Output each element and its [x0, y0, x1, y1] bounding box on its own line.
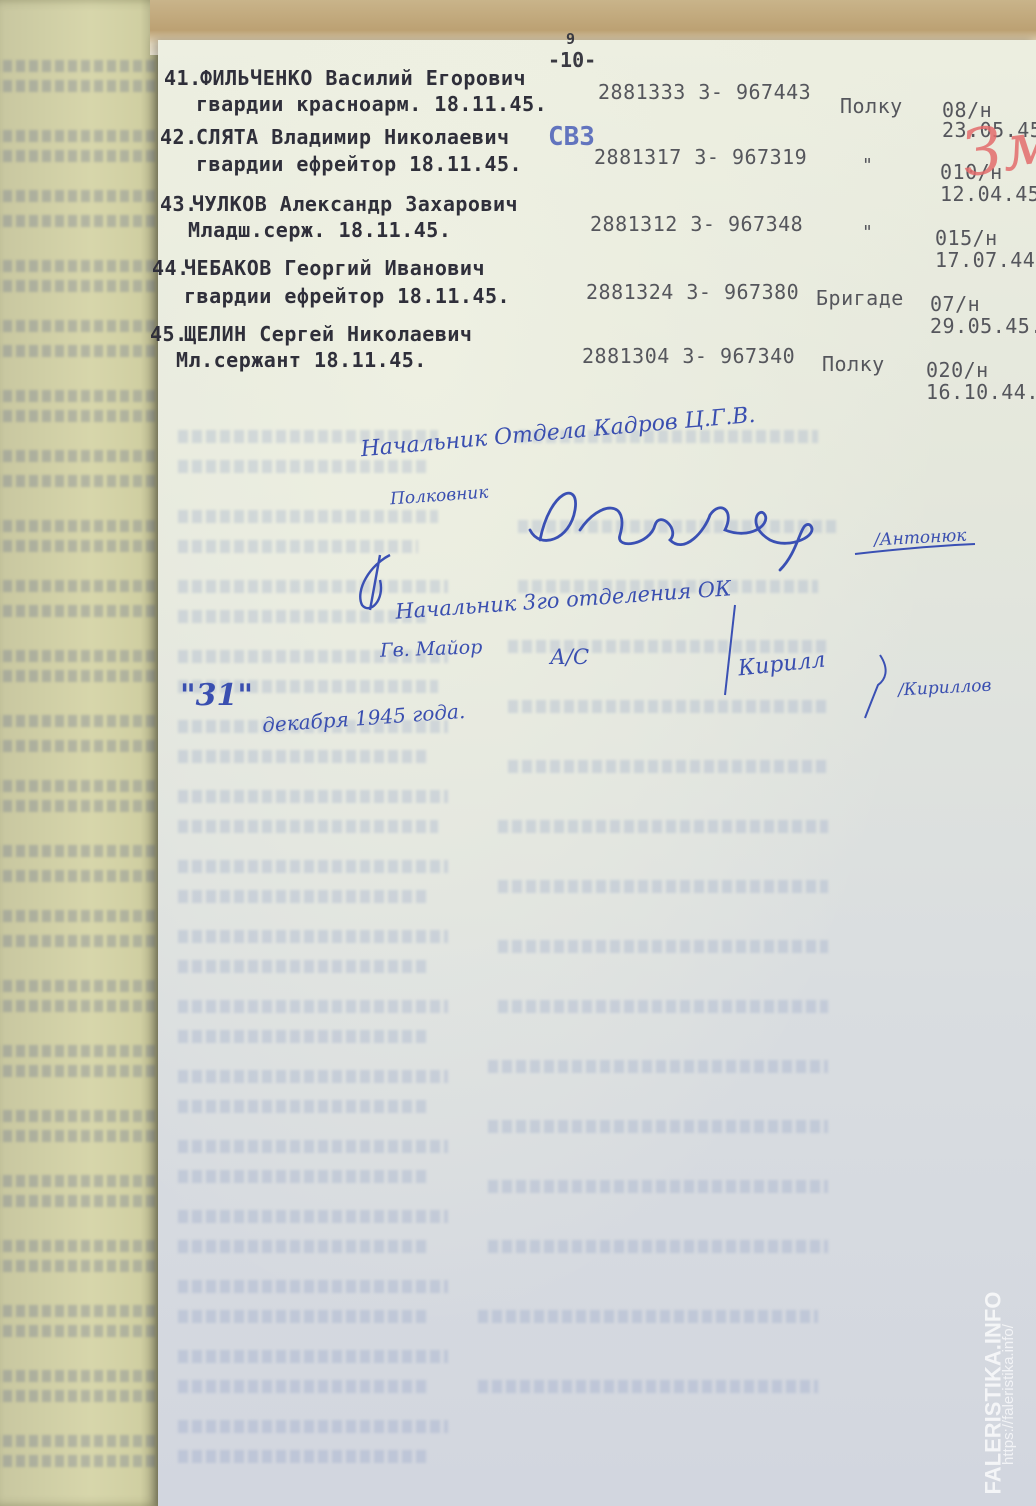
- date-day: "31": [180, 678, 253, 713]
- entry-name: ЧЕБАКОВ Георгий Иванович: [184, 256, 485, 280]
- watermark: FALERISTIKA.INFO https://faleristika.inf…: [950, 1300, 1030, 1490]
- stamp-fragment: СВЗ: [548, 122, 595, 152]
- entry-rank: гвардии красноарм. 18.11.45.: [196, 92, 547, 116]
- page-number: -10-: [548, 48, 596, 72]
- entry-order-date: 17.07.44: [935, 248, 1035, 272]
- entry-numbers: 2881324 3- 967380: [586, 280, 799, 304]
- entry-number: 42.: [160, 125, 198, 149]
- entry-order-date: 16.10.44.: [926, 380, 1036, 404]
- name-underline: [850, 540, 980, 560]
- entry-rank: Младш.серж. 18.11.45.: [188, 218, 451, 242]
- entry-number: 45.: [150, 322, 188, 346]
- entry-order: 020/н: [926, 358, 989, 382]
- entry-numbers: 2881317 3- 967319: [594, 145, 807, 169]
- entry-name: ЩЕЛИН Сергей Николаевич: [184, 322, 472, 346]
- entry-order: 07/н: [930, 292, 980, 316]
- signatory-rank: Гв. Майор: [380, 636, 483, 662]
- red-annotation: Зм: [957, 106, 1036, 192]
- signature-scribble: [520, 470, 850, 580]
- entry-name: СЛЯТА Владимир Николаевич: [196, 125, 510, 149]
- entry-number: 41.: [164, 66, 202, 90]
- signature-tail: [860, 650, 900, 720]
- entry-unit: Полку: [822, 352, 885, 376]
- entry-order-date: 29.05.45.: [930, 314, 1036, 338]
- entry-order: 015/н: [935, 226, 998, 250]
- entry-name: ФИЛЬЧЕНКО Василий Егорович: [200, 66, 526, 90]
- entry-rank: гвардии ефрейтор 18.11.45.: [196, 152, 522, 176]
- entry-rank: гвардии ефрейтор 18.11.45.: [184, 284, 510, 308]
- watermark-url: https://faleristika.info/: [1000, 1324, 1017, 1465]
- entry-rank: Мл.сержант 18.11.45.: [176, 348, 427, 372]
- vertical-stroke: [720, 600, 740, 700]
- entry-unit: Полку: [840, 94, 903, 118]
- signatory-mark: А/С: [550, 645, 589, 669]
- facing-page-left: [0, 0, 165, 1506]
- entry-unit: ": [862, 222, 873, 243]
- entry-name: ЧУЛКОВ Александр Захарович: [192, 192, 518, 216]
- entry-numbers: 2881312 3- 967348: [590, 212, 803, 236]
- page-number-handwritten: 9: [566, 30, 575, 48]
- entry-numbers: 2881304 3- 967340: [582, 344, 795, 368]
- entry-numbers: 2881333 3- 967443: [598, 80, 811, 104]
- entry-unit: ": [862, 155, 873, 176]
- entry-unit: Бригаде: [816, 286, 904, 310]
